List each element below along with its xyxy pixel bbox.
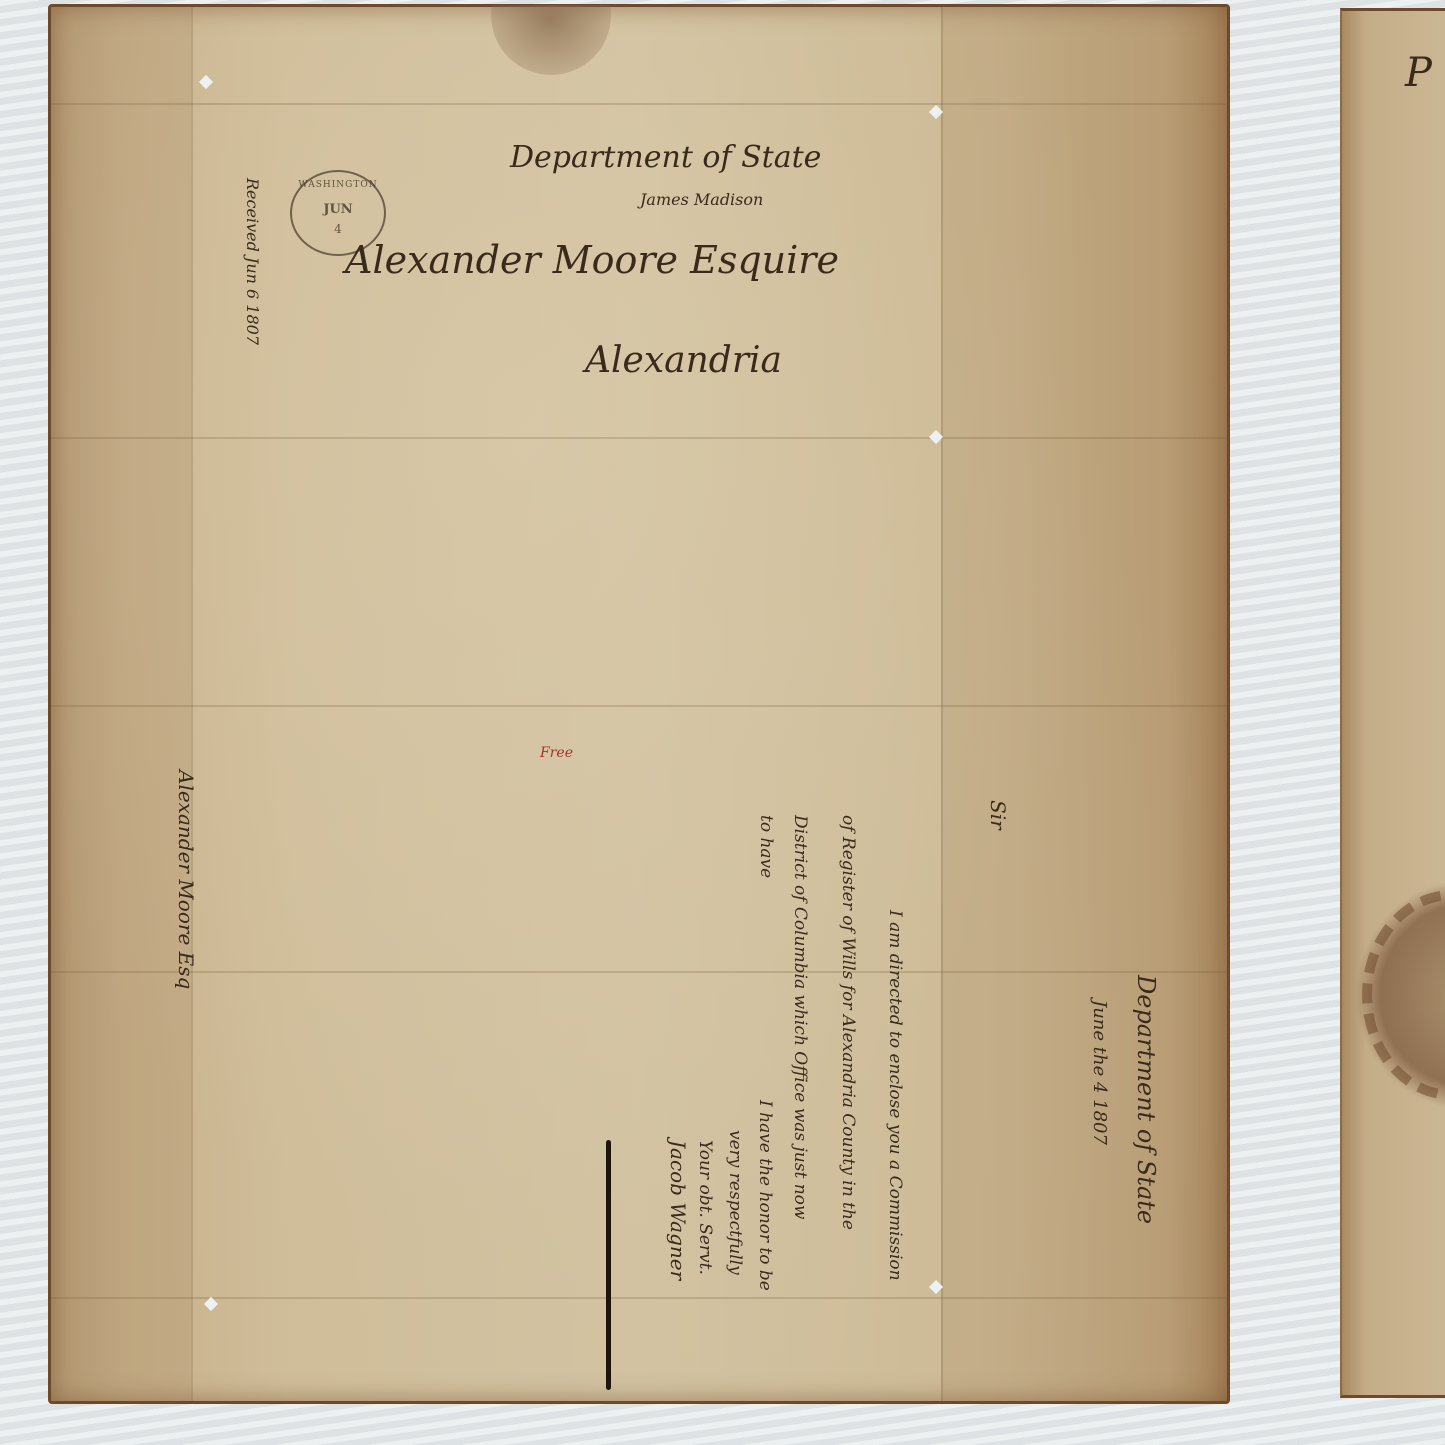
closing-respectfully: very respectfully [725,1130,745,1275]
red-free-mark: Free [540,745,573,761]
signature-flourish [606,1140,611,1390]
letter-sheet [48,4,1230,1404]
postmark-town: WASHINGTON [292,180,384,190]
fold-line [51,437,1227,439]
wax-seal-stain [491,5,611,75]
fold-line [51,103,1227,105]
postmark-day: 4 [292,222,384,236]
closing-line: I have the honor to be [755,1100,775,1291]
addressee-name: Alexander Moore Esquire [345,238,839,282]
postmark-month: JUN [292,202,384,217]
seal-tear-hole [199,75,213,89]
body-line: District of Columbia which Office was ju… [790,815,810,1219]
fold-line [51,1297,1227,1299]
franking-signature: James Madison [640,190,763,209]
body-line: I am directed to enclose you a Commissio… [885,910,905,1281]
docket-addressee: Alexander Moore Esq [174,770,198,989]
second-letter-sheet [1340,8,1445,1398]
sender-line: Department of State [510,140,821,175]
fold-line [51,705,1227,707]
salutation: Sir [986,800,1010,830]
seal-tear-hole [204,1297,218,1311]
docket-received: Received Jun 6 1807 [243,178,262,345]
right-fold-flap [941,7,1221,1401]
fold-line [941,7,943,1401]
fold-line [51,971,1227,973]
signature: Jacob Wagner [666,1140,690,1280]
letter-heading: Department of State [1132,975,1160,1224]
closing-servant: Your obt. Servt. [695,1140,715,1275]
fold-line [191,7,193,1401]
letter-date: June the 4 1807 [1089,1000,1110,1145]
second-sheet-fragment: P [1405,50,1432,96]
body-line: of Register of Wills for Alexandria Coun… [838,815,858,1230]
body-line: to have [756,815,776,878]
left-fold-flap [51,7,191,1401]
destination: Alexandria [585,340,782,381]
